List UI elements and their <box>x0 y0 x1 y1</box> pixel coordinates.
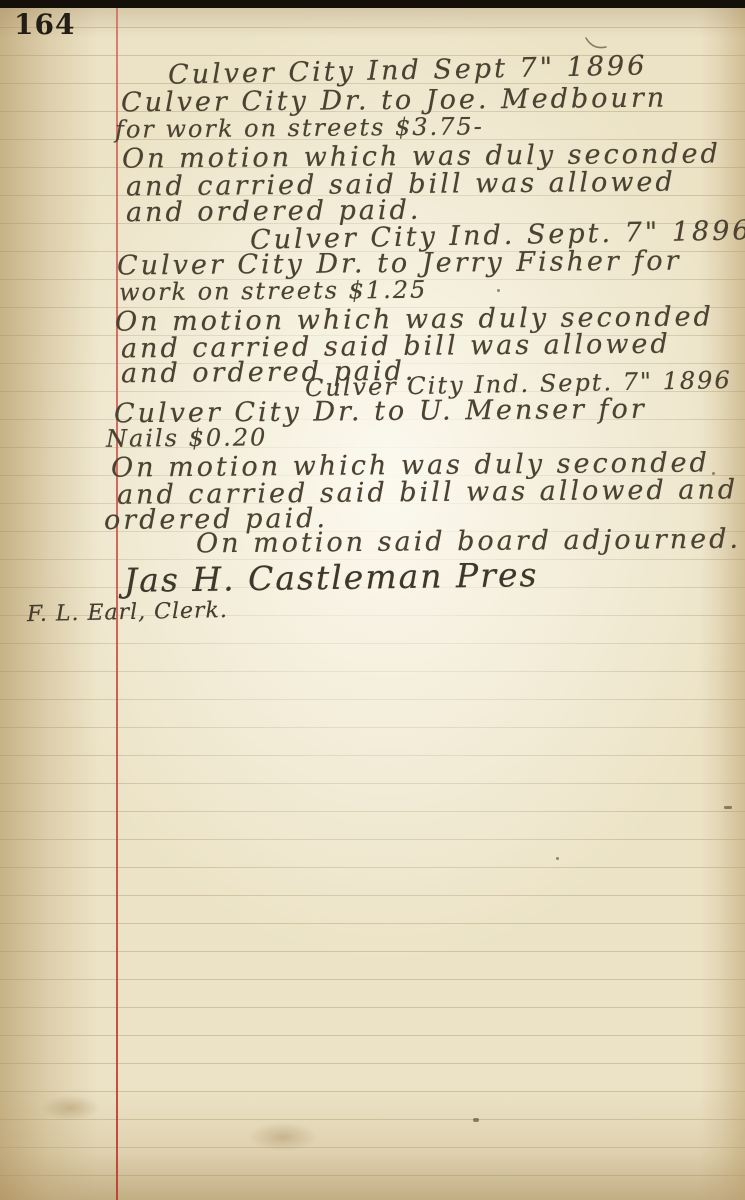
ink-speck <box>724 806 732 809</box>
clerk-signature: F. L. Earl, Clerk. <box>27 598 228 627</box>
ink-speck <box>556 857 559 860</box>
ledger-page-scan: 164 Culver City Ind Sept 7" 1896 Culver … <box>0 0 745 1200</box>
stain-smudge <box>248 1122 318 1152</box>
scan-edge-top <box>0 0 745 8</box>
page-number: 164 <box>14 8 75 41</box>
entry3-charge-line: Nails $0.20 <box>106 423 268 452</box>
adjournment-line: On motion said board adjourned. <box>196 524 741 560</box>
ink-speck <box>473 1118 479 1122</box>
president-signature: Jas H. Castleman Pres <box>124 555 539 600</box>
entry1-charge-line: for work on streets $3.75- <box>115 112 484 143</box>
stain-smudge <box>40 1095 100 1121</box>
ink-speck <box>497 289 500 292</box>
entry2-charge-line: work on streets $1.25 <box>119 276 428 307</box>
ink-speck <box>712 472 715 475</box>
